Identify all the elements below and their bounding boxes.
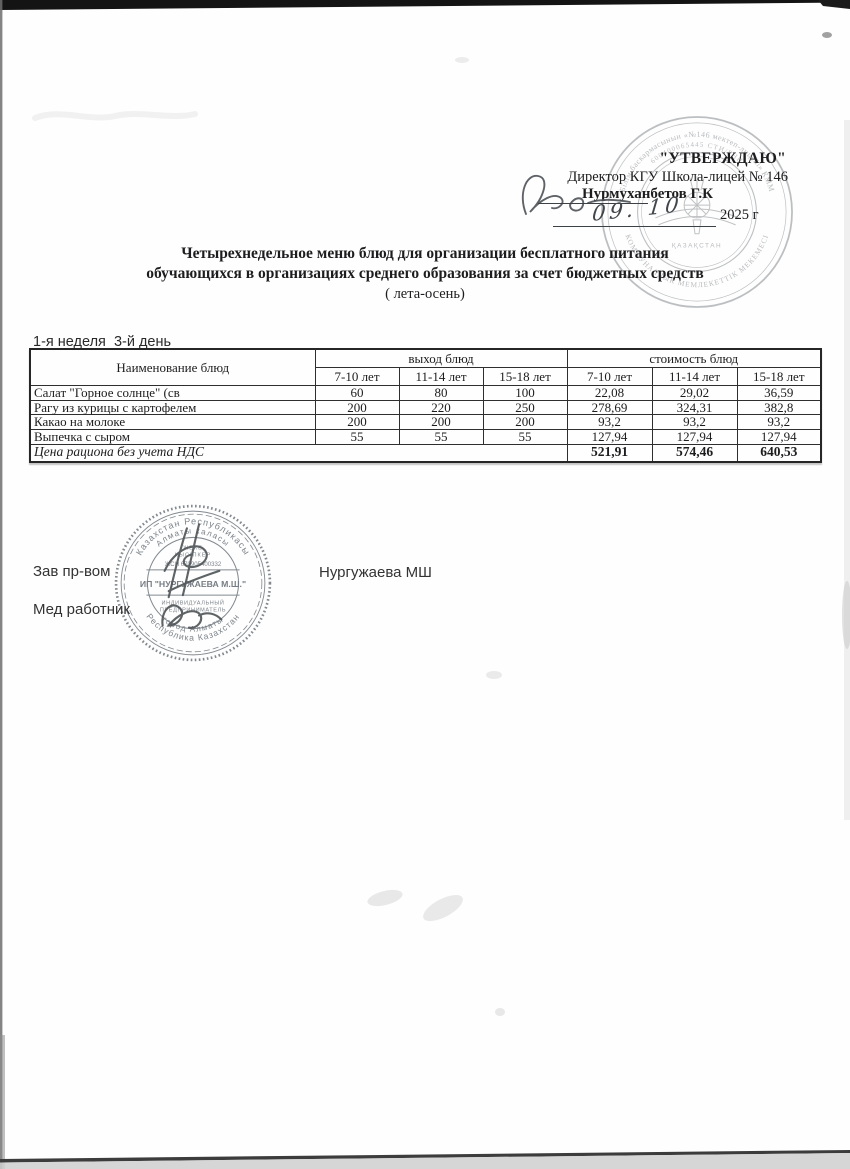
output-value-cell: 60 [315, 386, 399, 401]
cost-value-cell: 29,02 [652, 386, 737, 401]
table-total-row: Цена рациона без учета НДС 521,91 574,46… [30, 444, 821, 462]
output-value-cell: 200 [315, 400, 399, 415]
cost-value-cell: 36,59 [737, 386, 821, 401]
output-value-cell: 200 [315, 415, 399, 430]
age-header: 15-18 лет [483, 368, 567, 386]
output-value-cell: 200 [399, 415, 483, 430]
table-row: Выпечка с сыром 55 55 55 127,94 127,94 1… [30, 429, 821, 444]
title-season-line: ( лета-осень) [0, 284, 850, 304]
output-value-cell: 250 [483, 400, 567, 415]
table-row: Какао на молоке 200 200 200 93,2 93,2 93… [30, 415, 821, 430]
output-value-cell: 80 [399, 386, 483, 401]
dish-name-cell: Рагу из курицы с картофелем [30, 400, 315, 415]
year-label: 2025 г [720, 207, 759, 224]
cost-value-cell: 127,94 [652, 429, 737, 444]
total-cost-cell: 521,91 [567, 444, 652, 462]
svg-text:город Алматы: город Алматы [161, 615, 226, 634]
bottom-stamp-entrepreneur-name: ИП "НУРГУЖАЕВА М.Ш." [140, 579, 246, 589]
output-value-cell: 55 [315, 429, 399, 444]
zav-signature [165, 524, 220, 597]
dish-name-cell: Салат "Горное солнце" (св [30, 386, 315, 401]
dish-name-cell: Какао на молоке [30, 415, 315, 430]
bottom-stamp-individual-text: ИНДИВИДУАЛЬНЫЙ [162, 598, 225, 606]
output-value-cell: 100 [483, 386, 567, 401]
title-line-1: Четырехнедельное меню блюд для организац… [0, 244, 850, 264]
dish-name-cell: Выпечка с сыром [30, 429, 315, 444]
table-row: Салат "Горное солнце" (св 60 80 100 22,0… [30, 386, 821, 401]
age-header: 15-18 лет [737, 368, 821, 386]
zav-prvom-label: Зав пр-вом [33, 563, 110, 580]
bottom-stamp-ring-bottom-outer: Республика Казахстан [144, 612, 241, 643]
output-value-cell: 200 [483, 415, 567, 430]
bottom-stamp-iin-text: ЖСН 670905400332 [165, 562, 222, 568]
bottom-stamp-ring-bottom-inner: город Алматы [161, 615, 226, 634]
age-header: 7-10 лет [315, 368, 399, 386]
output-value-cell: 55 [483, 429, 567, 444]
med-rabotnik-label: Мед работник [33, 601, 130, 618]
cost-value-cell: 382,8 [737, 400, 821, 415]
total-cost-cell: 640,53 [737, 444, 821, 462]
cost-value-cell: 93,2 [567, 415, 652, 430]
age-header: 7-10 лет [567, 368, 652, 386]
bottom-stamp-predprinimatel-text: ПРЕДПРИНИМАТЕЛЬ [160, 607, 226, 613]
output-value-cell: 55 [399, 429, 483, 444]
cost-value-cell: 22,08 [567, 386, 652, 401]
total-row-label: Цена рациона без учета НДС [30, 444, 567, 462]
title-line-2: обучающихся в организациях среднего обра… [0, 264, 850, 284]
bottom-stamp-jeke-text: ЖЕКЕ [183, 546, 203, 552]
entrepreneur-round-stamp: Казахстан Республикасы Алматы каласы Рес… [112, 502, 274, 664]
name-column-header: Наименование блюд [30, 349, 315, 386]
output-value-cell: 220 [399, 400, 483, 415]
cost-value-cell: 93,2 [737, 415, 821, 430]
director-title-line: Директор КГУ Школа-лицей № 146 [567, 169, 788, 186]
bottom-stamp-kysipker-text: КЫСIПКЕР [175, 553, 211, 559]
bottom-stamp-ring-top-outer: Казахстан Республикасы [134, 516, 252, 557]
med-worker-signature [162, 606, 221, 628]
scanned-document-page: Бiлiм баскармасынын «№146 мектеп-лицейi»… [0, 0, 850, 1169]
cost-value-cell: 127,94 [737, 429, 821, 444]
age-header: 11-14 лет [652, 368, 737, 386]
cost-group-header: стоимость блюд [567, 349, 821, 368]
document-title: Четырехнедельное меню блюд для организац… [0, 244, 850, 304]
age-header: 11-14 лет [399, 368, 483, 386]
date-underline [553, 226, 716, 227]
svg-text:Алматы каласы: Алматы каласы [154, 526, 231, 548]
table-group-header-row: Наименование блюд выход блюд стоимость б… [30, 349, 821, 368]
cost-value-cell: 93,2 [652, 415, 737, 430]
cost-value-cell: 278,69 [567, 400, 652, 415]
svg-text:Республика Казахстан: Республика Казахстан [144, 612, 241, 643]
menu-table: Наименование блюд выход блюд стоимость б… [29, 348, 822, 463]
approved-label: "УТВЕРЖДАЮ" [660, 150, 786, 168]
total-cost-cell: 574,46 [652, 444, 737, 462]
svg-text:Казахстан Республикасы: Казахстан Республикасы [134, 516, 252, 557]
nurguzhaeva-name: Нургужаева МШ [319, 564, 432, 581]
table-row: Рагу из курицы с картофелем 200 220 250 … [30, 400, 821, 415]
output-group-header: выход блюд [315, 349, 567, 368]
bottom-stamp-ring-top-inner: Алматы каласы [154, 526, 231, 548]
cost-value-cell: 127,94 [567, 429, 652, 444]
cost-value-cell: 324,31 [652, 400, 737, 415]
